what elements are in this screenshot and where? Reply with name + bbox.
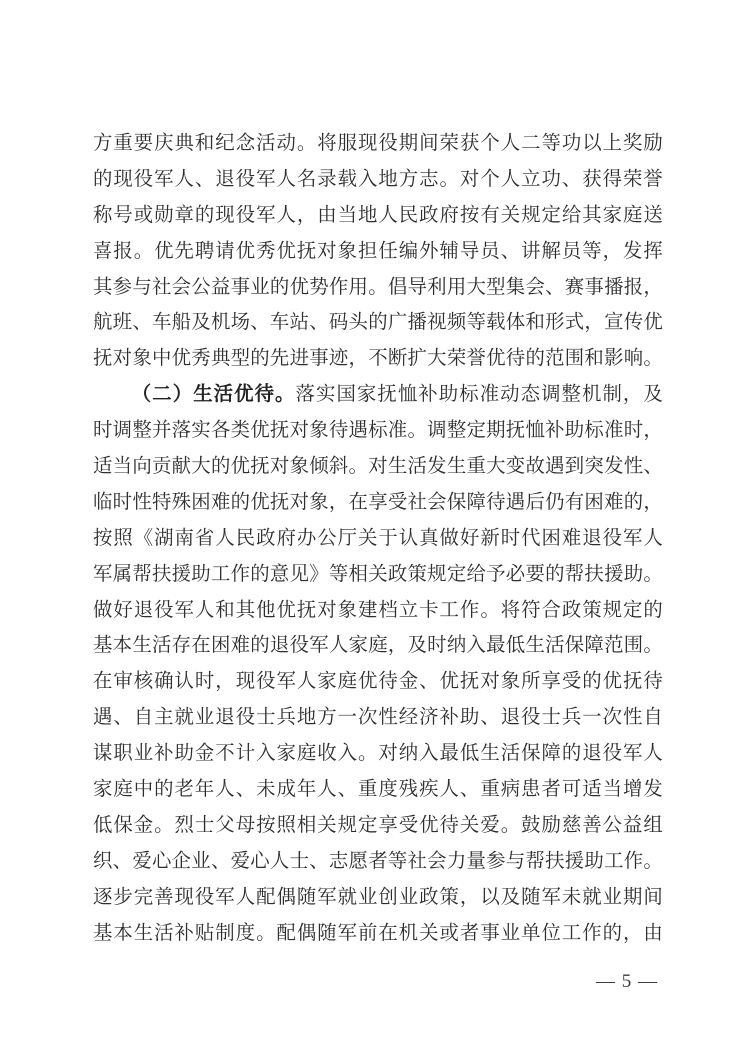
page-number: — 5 — <box>596 970 658 994</box>
text-line: 基本生活补贴制度。配偶随军前在机关或者事业单位工作的，由 <box>93 916 663 952</box>
text-line: 抚对象中优秀典型的先进事迹，不断扩大荣誉优待的范围和影响。 <box>93 341 663 377</box>
text-line: 在审核确认时，现役军人家庭优待金、优抚对象所享受的优抚待 <box>93 664 663 700</box>
text-line: 家庭中的老年人、未成年人、重度残疾人、重病患者可适当增发 <box>93 772 663 808</box>
text-line: 做好退役军人和其他优抚对象建档立卡工作。将符合政策规定的 <box>93 593 663 629</box>
text-line: 其参与社会公益事业的优势作用。倡导利用大型集会、赛事播报， <box>93 270 663 306</box>
text-line: 适当向贡献大的优抚对象倾斜。对生活发生重大变故遇到突发性、 <box>93 449 663 485</box>
text-line: 遇、自主就业退役士兵地方一次性经济补助、退役士兵一次性自 <box>93 700 663 736</box>
text-line: 逐步完善现役军人配偶随军就业创业政策，以及随军未就业期间 <box>93 880 663 916</box>
body-text: 方重要庆典和纪念活动。将服现役期间荣获个人二等功以上奖励 的现役军人、退役军人名… <box>93 126 663 951</box>
text-line: 喜报。优先聘请优秀优抚对象担任编外辅导员、讲解员等，发挥 <box>93 234 663 270</box>
text-line: 按照《湖南省人民政府办公厅关于认真做好新时代困难退役军人 <box>93 521 663 557</box>
text-line: 称号或勋章的现役军人，由当地人民政府按有关规定给其家庭送 <box>93 198 663 234</box>
text-line: 谋职业补助金不计入家庭收入。对纳入最低生活保障的退役军人 <box>93 736 663 772</box>
text-line: 航班、车船及机场、车站、码头的广播视频等载体和形式，宣传优 <box>93 305 663 341</box>
text-line: 方重要庆典和纪念活动。将服现役期间荣获个人二等功以上奖励 <box>93 126 663 162</box>
section-heading: （二）生活优待。 <box>132 384 296 405</box>
text-line: 织、爱心企业、爱心人士、志愿者等社会力量参与帮扶援助工作。 <box>93 844 663 880</box>
document-page: 方重要庆典和纪念活动。将服现役期间荣获个人二等功以上奖励 的现役军人、退役军人名… <box>0 0 750 1060</box>
text-line: 基本生活存在困难的退役军人家庭，及时纳入最低生活保障范围。 <box>93 628 663 664</box>
text-line-paragraph-start: （二）生活优待。落实国家抚恤补助标准动态调整机制，及 <box>93 377 663 413</box>
text-run: 落实国家抚恤补助标准动态调整机制，及 <box>296 384 663 405</box>
text-line: 时调整并落实各类优抚对象待遇标准。调整定期抚恤补助标准时， <box>93 413 663 449</box>
text-line: 低保金。烈士父母按照相关规定享受优待关爱。鼓励慈善公益组 <box>93 808 663 844</box>
text-line: 临时性特殊困难的优抚对象，在享受社会保障待遇后仍有困难的， <box>93 485 663 521</box>
text-line: 的现役军人、退役军人名录载入地方志。对个人立功、获得荣誉 <box>93 162 663 198</box>
text-line: 军属帮扶援助工作的意见》等相关政策规定给予必要的帮扶援助。 <box>93 557 663 593</box>
